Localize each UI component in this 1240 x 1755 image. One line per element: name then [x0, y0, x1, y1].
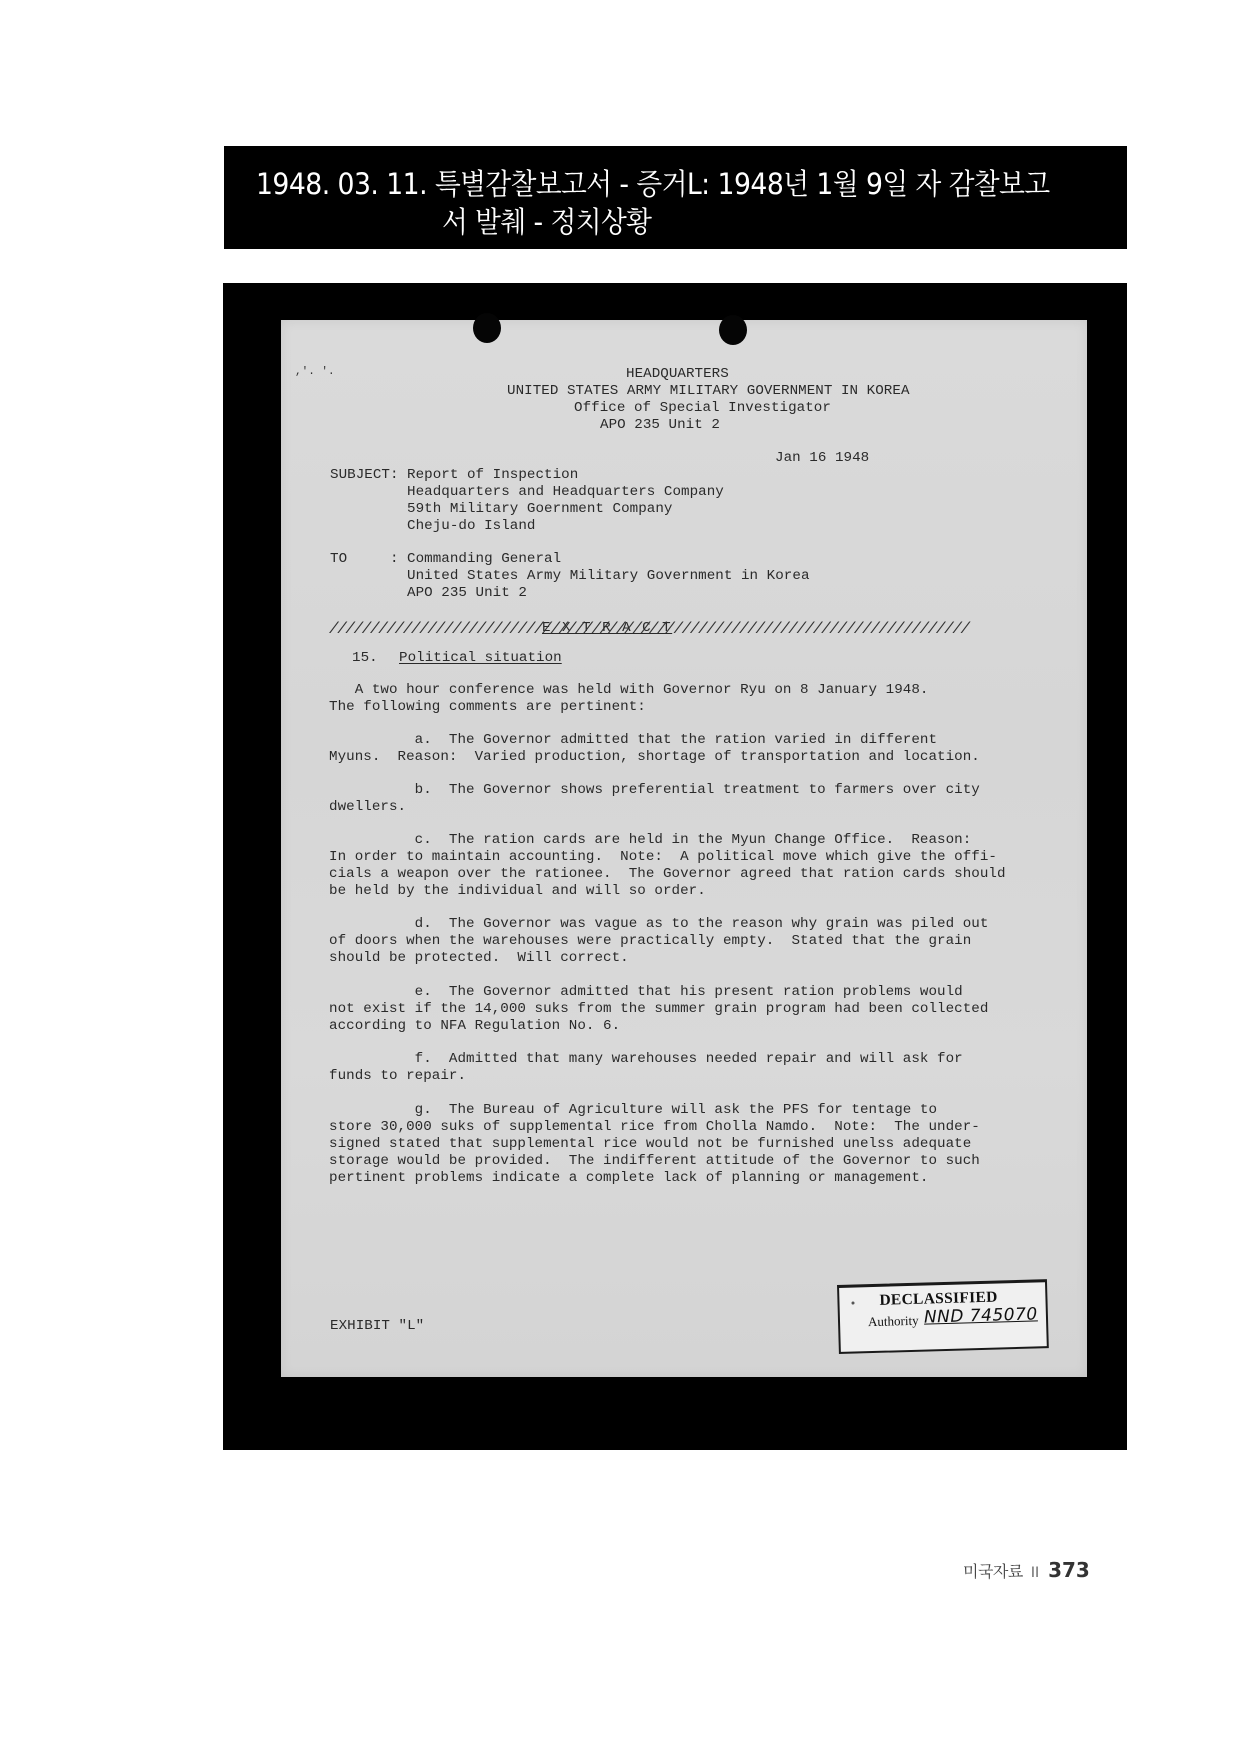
item-f-line-1: f. Admitted that many warehouses needed … — [329, 1051, 963, 1068]
intro-line-2: The following comments are pertinent: — [329, 699, 646, 716]
punch-hole-right — [719, 315, 747, 345]
letterhead-line-2: UNITED STATES ARMY MILITARY GOVERNMENT I… — [507, 383, 910, 400]
subject-line-3: 59th Military Goernment Company — [407, 501, 672, 518]
letterhead-line-1: HEADQUARTERS — [626, 366, 729, 383]
page-number: 373 — [1048, 1558, 1090, 1582]
item-a-line-2: Myuns. Reason: Varied production, shorta… — [329, 749, 980, 766]
letterhead-line-4: APO 235 Unit 2 — [600, 417, 720, 434]
letterhead-line-3: Office of Special Investigator — [574, 400, 831, 417]
chapter-title-bar: 1948. 03. 11. 특별감찰보고서 - 증거L: 1948년 1월 9일… — [224, 146, 1127, 249]
intro-line-1: A two hour conference was held with Gove… — [329, 682, 928, 699]
to-line-3: APO 235 Unit 2 — [407, 585, 527, 602]
stamp-dot — [851, 1302, 854, 1305]
to-line-2: United States Army Military Government i… — [407, 568, 810, 585]
item-e-line-2: not exist if the 14,000 suks from the su… — [329, 1001, 988, 1018]
subject-label: SUBJECT: — [330, 467, 399, 484]
item-b-line-1: b. The Governor shows preferential treat… — [329, 782, 980, 799]
declassified-stamp: DECLASSIFIED Authority NND 745070 — [837, 1279, 1049, 1354]
subject-line-2: Headquarters and Headquarters Company — [407, 484, 724, 501]
stamp-authority-label: Authority — [868, 1313, 919, 1330]
page-footer: 미국자료II373 — [963, 1558, 1090, 1586]
item-g-line-4: storage would be provided. The indiffere… — [329, 1153, 980, 1170]
item-g-line-2: store 30,000 suks of supplemental rice f… — [329, 1119, 980, 1136]
margin-marks: ,'. '. — [295, 366, 335, 378]
item-g-line-1: g. The Bureau of Agriculture will ask th… — [329, 1102, 937, 1119]
section-number: 15. — [352, 650, 378, 667]
to-line-1: Commanding General — [407, 551, 561, 568]
subject-line-4: Cheju-do Island — [407, 518, 535, 535]
item-c-line-1: c. The ration cards are held in the Myun… — [329, 832, 971, 849]
section-title: Political situation — [399, 650, 562, 667]
item-d-line-3: should be protected. Will correct. — [329, 950, 629, 967]
item-e-line-3: according to NFA Regulation No. 6. — [329, 1018, 620, 1035]
stamp-authority-number: NND 745070 — [924, 1304, 1038, 1327]
exhibit-label: EXHIBIT "L" — [330, 1318, 424, 1335]
footer-section-label: 미국자료 — [963, 1562, 1023, 1581]
item-g-line-5: pertinent problems indicate a complete l… — [329, 1170, 928, 1187]
item-d-line-1: d. The Governor was vague as to the reas… — [329, 916, 988, 933]
document-date: Jan 16 1948 — [775, 450, 869, 467]
item-g-line-3: signed stated that supplemental rice wou… — [329, 1136, 971, 1153]
item-b-line-2: dwellers. — [329, 799, 406, 816]
item-e-line-1: e. The Governor admitted that his presen… — [329, 984, 963, 1001]
title-line-1: 1948. 03. 11. 특별감찰보고서 - 증거L: 1948년 1월 9일… — [256, 162, 1050, 203]
title-line-2: 서 발췌 - 정치상황 — [442, 200, 651, 241]
subject-line-1: Report of Inspection — [407, 467, 578, 484]
item-c-line-2: In order to maintain accounting. Note: A… — [329, 849, 997, 866]
item-a-line-1: a. The Governor admitted that the ration… — [329, 732, 937, 749]
scanned-document-page: ,'. '. HEADQUARTERS UNITED STATES ARMY M… — [281, 320, 1087, 1377]
item-c-line-3: cials a weapon over the rationee. The Go… — [329, 866, 1006, 883]
punch-hole-left — [473, 313, 501, 343]
item-d-line-2: of doors when the warehouses were practi… — [329, 933, 971, 950]
to-label: TO : — [330, 551, 399, 568]
separator-line: ////////////////////////////////////////… — [329, 620, 969, 638]
footer-separator: II — [1031, 1565, 1039, 1581]
item-f-line-2: funds to repair. — [329, 1068, 466, 1085]
item-c-line-4: be held by the individual and will so or… — [329, 883, 706, 900]
